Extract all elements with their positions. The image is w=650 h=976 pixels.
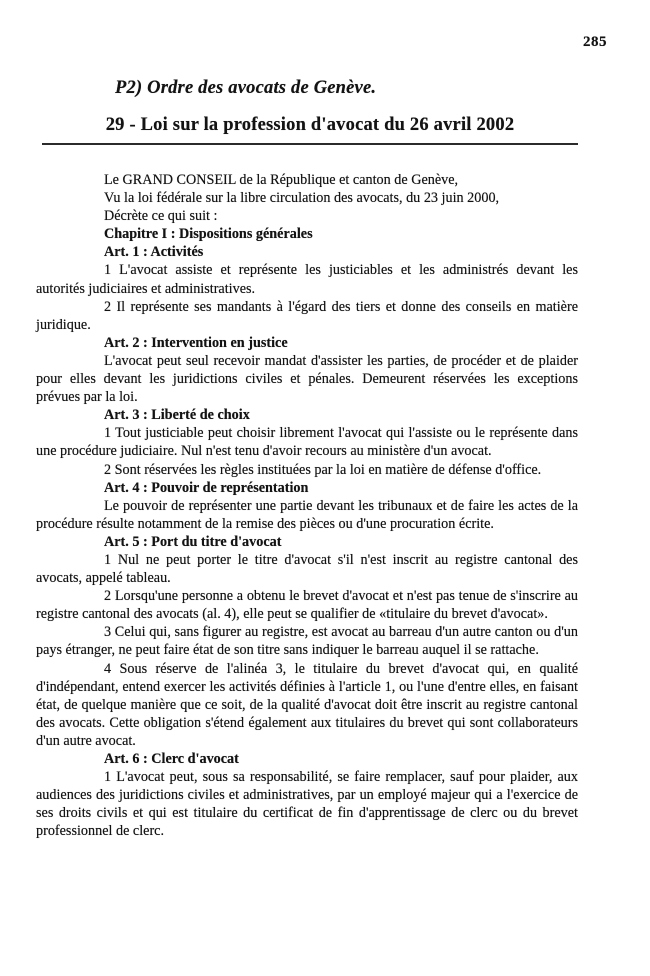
law-body: Le GRAND CONSEIL de la République et can… (36, 171, 578, 840)
article-heading-2: Art. 2 : Intervention en justice (36, 334, 578, 352)
paragraph: 1 Tout justiciable peut choisir libremen… (36, 424, 578, 460)
scanned-document-page: 285 P2) Ordre des avocats de Genève. 29 … (0, 0, 650, 976)
paragraph: 1 L'avocat assiste et représente les jus… (36, 261, 578, 297)
article-heading-3: Art. 3 : Liberté de choix (36, 406, 578, 424)
paragraph: L'avocat peut seul recevoir mandat d'ass… (36, 352, 578, 406)
paragraph: 3 Celui qui, sans figurer au registre, e… (36, 623, 578, 659)
paragraph: 4 Sous réserve de l'alinéa 3, le titulai… (36, 660, 578, 750)
law-title: 29 - Loi sur la profession d'avocat du 2… (42, 115, 578, 145)
article-heading-6: Art. 6 : Clerc d'avocat (36, 750, 578, 768)
paragraph: 2 Sont réservées les règles instituées p… (36, 461, 578, 479)
paragraph: 2 Il représente ses mandants à l'égard d… (36, 298, 578, 334)
paragraph: 1 L'avocat peut, sous sa responsabilité,… (36, 768, 578, 840)
page-number: 285 (583, 34, 607, 51)
article-heading-1: Art. 1 : Activités (36, 243, 578, 261)
preamble-line: Le GRAND CONSEIL de la République et can… (36, 171, 578, 189)
paragraph: 1 Nul ne peut porter le titre d'avocat s… (36, 551, 578, 587)
chapter-heading: Chapitre I : Dispositions générales (36, 225, 578, 243)
article-heading-4: Art. 4 : Pouvoir de représentation (36, 479, 578, 497)
preamble-line: Décrète ce qui suit : (36, 207, 578, 225)
article-heading-5: Art. 5 : Port du titre d'avocat (36, 533, 578, 551)
paragraph: Le pouvoir de représenter une partie dev… (36, 497, 578, 533)
preamble-line: Vu la loi fédérale sur la libre circulat… (36, 189, 578, 207)
paragraph: 2 Lorsqu'une personne a obtenu le brevet… (36, 587, 578, 623)
section-heading: P2) Ordre des avocats de Genève. (115, 78, 376, 99)
